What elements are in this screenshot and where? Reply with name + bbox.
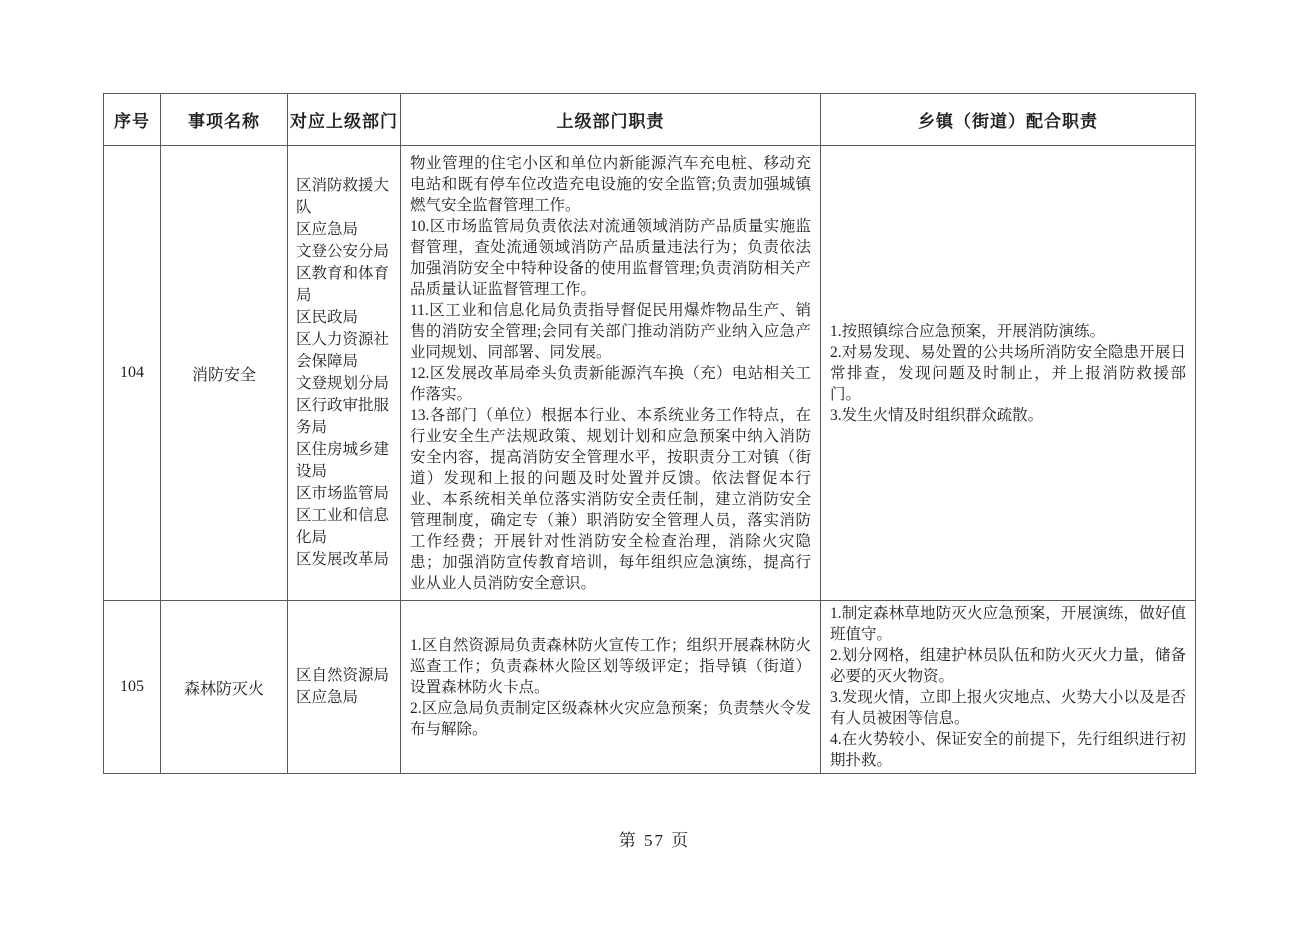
row-105-departments-cell: 区自然资源局区应急局 xyxy=(288,601,401,774)
header-cell-index: 序号 xyxy=(104,94,161,146)
row-104-superior-duties-cell: 物业管理的住宅小区和单位内新能源汽车充电桩、移动充电站和既有停车位改造充电设施的… xyxy=(401,146,821,601)
row-105-id-cell: 105 xyxy=(104,601,161,774)
row-105-township-duties-cell: 1.制定森林草地防灭火应急预案，开展演练，做好值班值守。2.划分网格，组建护林员… xyxy=(821,601,1196,774)
header-cell-superior-department: 对应上级部门 xyxy=(288,94,401,146)
page-number: 第 57 页 xyxy=(0,826,1309,851)
row-105-superior-duties-cell: 1.区自然资源局负责森林防火宣传工作；组织开展森林防火巡查工作；负责森林火险区划… xyxy=(401,601,821,774)
row-104-departments-cell: 区消防救援大队区应急局文登公安分局区教育和体育局区民政局区人力资源社会保障局文登… xyxy=(288,146,401,601)
row-104-item-name-cell: 消防安全 xyxy=(161,146,288,601)
header-cell-item-name: 事项名称 xyxy=(161,94,288,146)
row-104-township-duties-cell: 1.按照镇综合应急预案，开展消防演练。2.对易发现、易处置的公共场所消防安全隐患… xyxy=(821,146,1196,601)
header-cell-township-duties: 乡镇（街道）配合职责 xyxy=(821,94,1196,146)
header-cell-superior-duties: 上级部门职责 xyxy=(401,94,821,146)
row-104-id-cell: 104 xyxy=(104,146,161,601)
row-105-item-name-cell: 森林防灭火 xyxy=(161,601,288,774)
duties-table: 序号 事项名称 对应上级部门 上级部门职责 乡镇（街道）配合职责 104 消防安… xyxy=(103,93,1196,774)
document-page: 序号 事项名称 对应上级部门 上级部门职责 乡镇（街道）配合职责 104 消防安… xyxy=(0,0,1309,926)
